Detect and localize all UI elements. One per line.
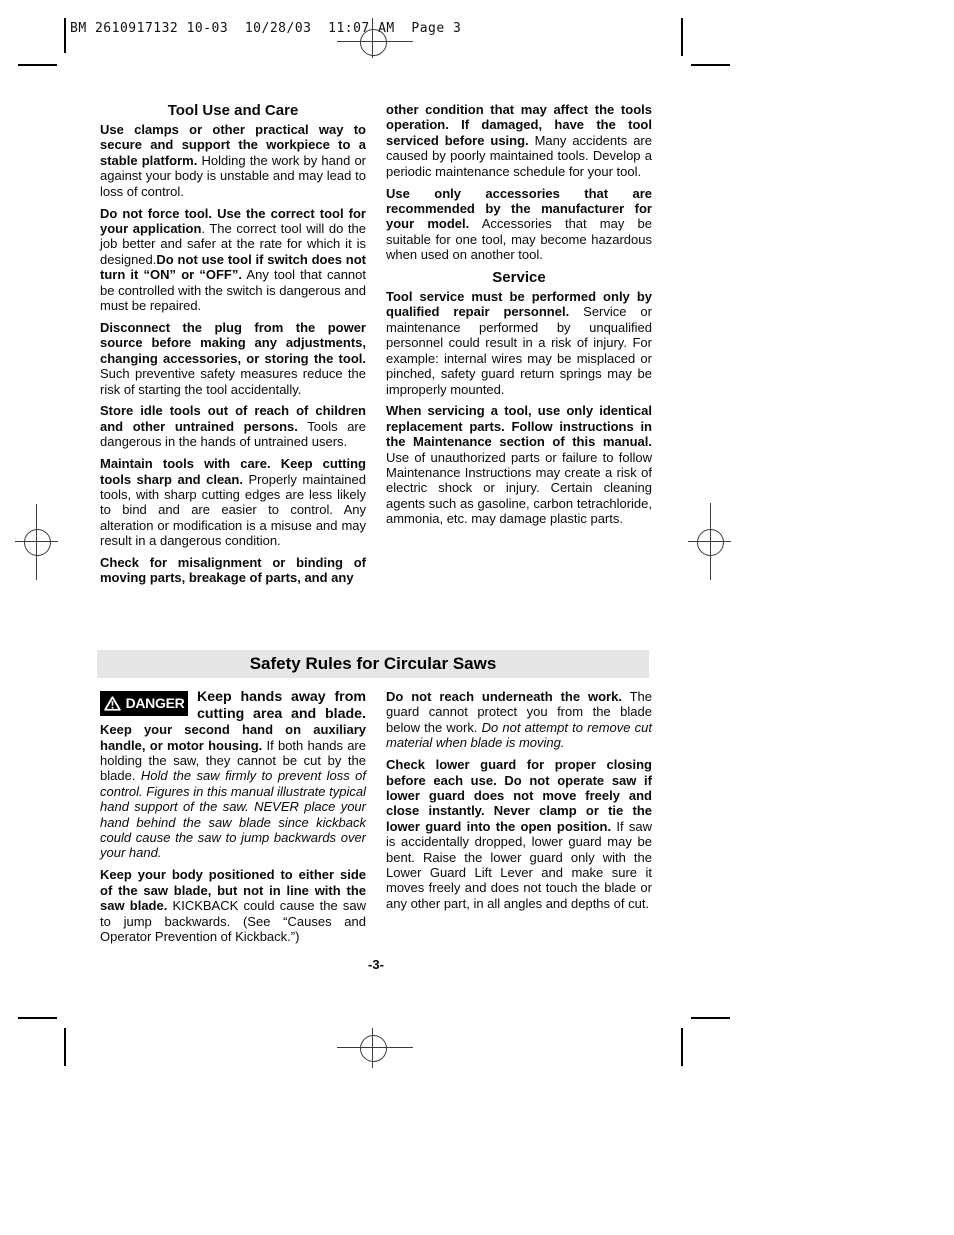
paragraph: Use only accessories that are recommende… [386, 186, 652, 263]
safety-rules-title: Safety Rules for Circular Saws [250, 654, 497, 674]
crop-mark-bottom-right-horizontal [691, 1017, 730, 1019]
crop-mark-top-right-horizontal [691, 64, 730, 66]
text-segment: Keep hands away from cutting area and bl… [197, 689, 366, 722]
text-segment: When servicing a tool, use only identica… [386, 403, 652, 449]
paragraph: Tool service must be performed only by q… [386, 289, 652, 397]
paragraph: Disconnect the plug from the power sourc… [100, 320, 366, 397]
text-segment: Use of unauthorized parts or failure to … [386, 450, 652, 527]
paragraph: Do not reach underneath the work. The gu… [386, 689, 652, 751]
paragraph: Check for misalignment or binding of mov… [100, 555, 366, 586]
paragraph: Maintain tools with care. Keep cutting t… [100, 456, 366, 548]
paragraph: other condition that may affect the tool… [386, 102, 652, 179]
page-number: -3- [100, 957, 652, 972]
danger-label: DANGER [126, 696, 185, 711]
tool-use-heading: Tool Use and Care [100, 102, 366, 119]
paragraph: Check lower guard for proper closing bef… [386, 757, 652, 911]
text-segment: Check for misalignment or binding of mov… [100, 555, 366, 585]
paragraph: When servicing a tool, use only identica… [386, 403, 652, 526]
safety-rules-section: DANGERKeep hands away from cutting area … [100, 689, 652, 951]
crop-mark-top-left-vertical [64, 18, 66, 53]
tool-use-section: Tool Use and Care Use clamps or other pr… [100, 102, 652, 592]
paragraph: Do not force tool. Use the correct tool … [100, 206, 366, 314]
safety-rules-section-bar: Safety Rules for Circular Saws [97, 650, 649, 678]
text-segment: Disconnect the plug from the power sourc… [100, 320, 366, 366]
crop-mark-top-left-horizontal [18, 64, 57, 66]
registration-circle-icon [360, 1035, 387, 1062]
safety-left-column: DANGERKeep hands away from cutting area … [100, 689, 366, 951]
text-segment: Do not reach underneath the work. [386, 689, 622, 704]
registration-circle-icon [360, 29, 387, 56]
registration-circle-icon [697, 529, 724, 556]
tool-use-left-column: Tool Use and Care Use clamps or other pr… [100, 102, 366, 592]
crop-mark-bottom-left-vertical [64, 1028, 66, 1066]
danger-paragraph: DANGERKeep hands away from cutting area … [100, 689, 366, 861]
paragraph: Store idle tools out of reach of childre… [100, 403, 366, 449]
registration-circle-icon [24, 529, 51, 556]
text-segment: Hold the saw firmly to prevent loss of c… [100, 768, 366, 860]
service-heading: Service [386, 269, 652, 286]
crop-mark-bottom-left-horizontal [18, 1017, 57, 1019]
print-slug-line: BM 2610917132 10-03 10/28/03 11:07 AM Pa… [70, 21, 461, 36]
safety-right-column: Do not reach underneath the work. The gu… [386, 689, 652, 951]
text-segment: Such preventive safety measures reduce t… [100, 366, 366, 396]
danger-badge: DANGER [100, 691, 188, 716]
crop-mark-top-right-vertical [681, 18, 683, 56]
crop-mark-bottom-right-vertical [681, 1028, 683, 1066]
tool-use-right-column: other condition that may affect the tool… [386, 102, 652, 592]
paragraph: Use clamps or other practical way to sec… [100, 122, 366, 199]
paragraph: Keep your body positioned to either side… [100, 867, 366, 944]
warning-triangle-icon [104, 696, 121, 711]
